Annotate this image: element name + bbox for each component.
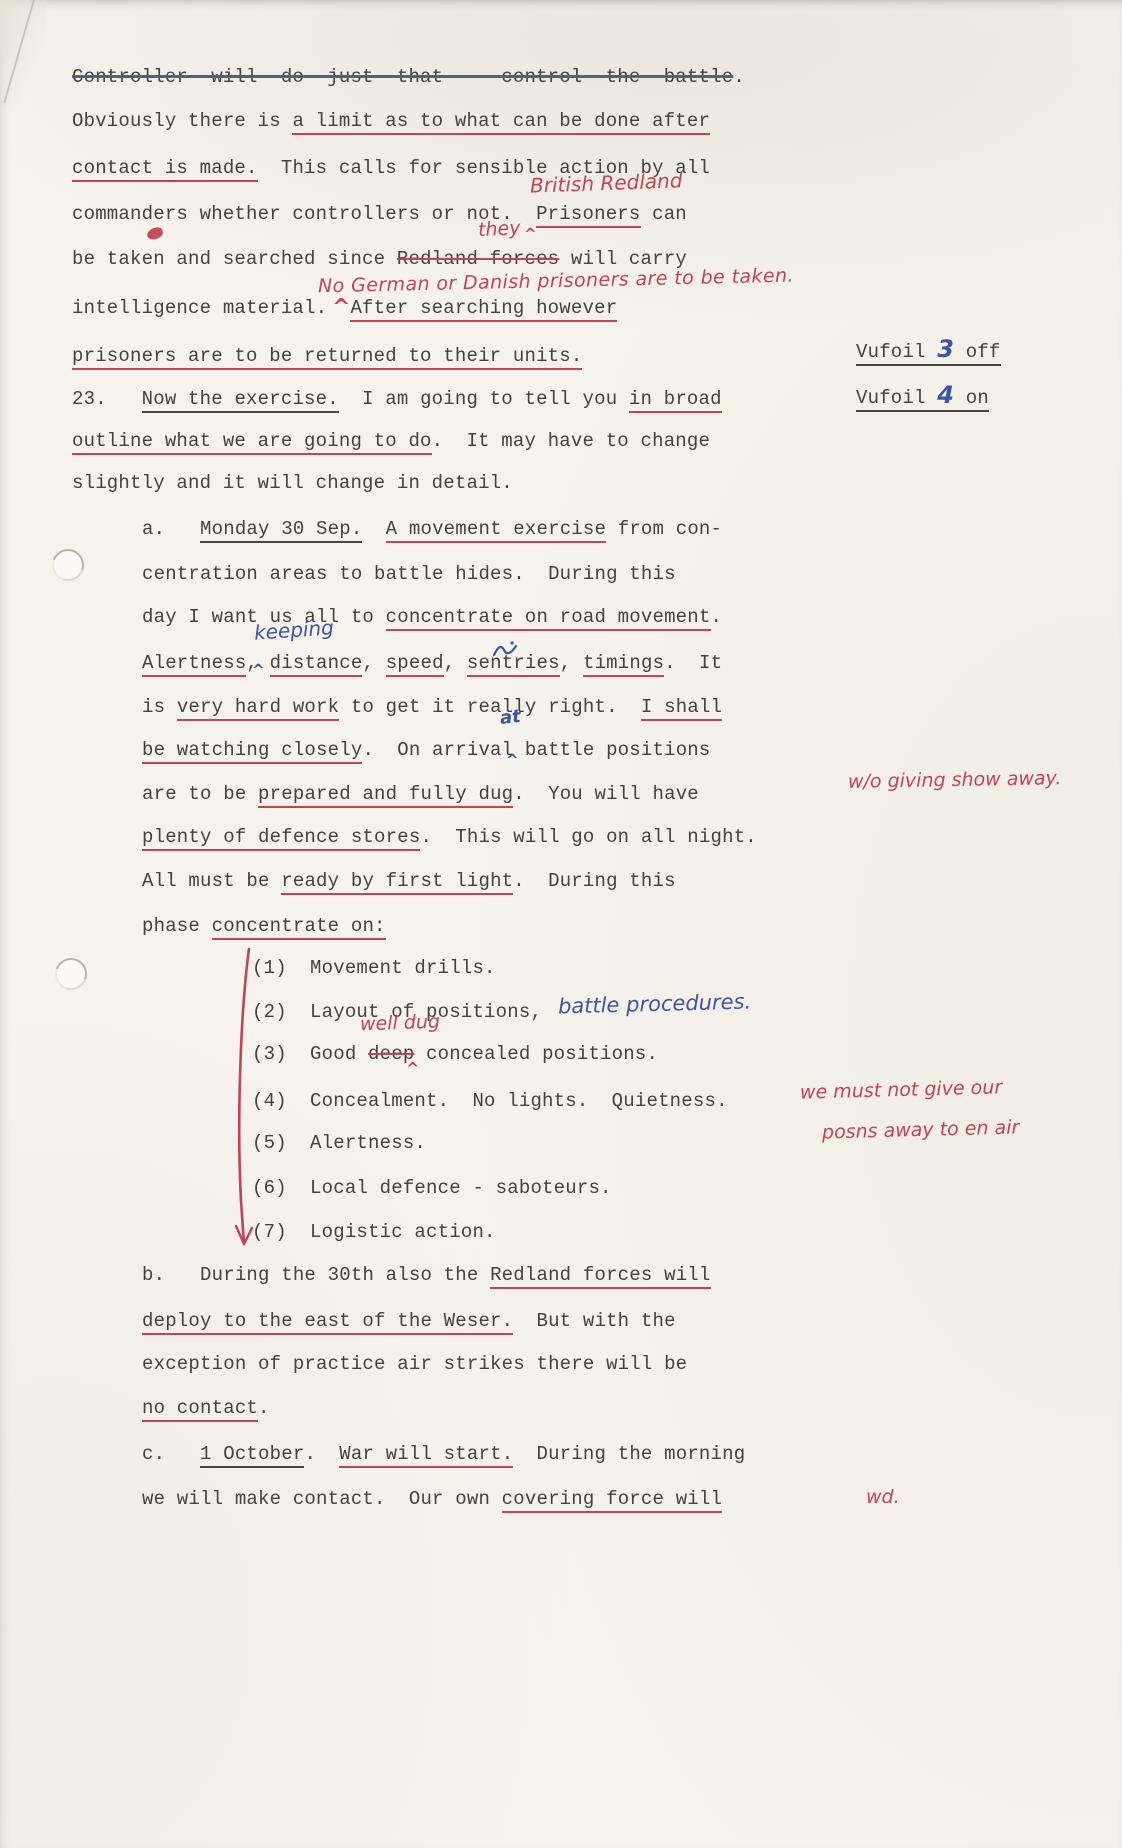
typed-text: During the 30th also the — [200, 1264, 490, 1286]
typed-text: Alertness. — [310, 1132, 426, 1154]
insertion-caret: ^ — [332, 297, 350, 319]
margin-note-vufoil-off: Vufoil 3 off — [856, 336, 1001, 365]
typed-text — [316, 1443, 339, 1465]
typed-line-para-a: a. Monday 30 Sep. A movement exercise fr… — [142, 516, 722, 542]
red-underlined-text: distance — [270, 652, 363, 677]
typed-text: concealed positions. — [414, 1043, 658, 1065]
typed-line: we will make contact. Our own covering f… — [142, 1486, 722, 1512]
insertion-caret: ^ — [252, 663, 265, 678]
handwritten-note-wo-giving-show-away: w/o giving show away. — [848, 768, 1062, 793]
typed-text: commanders whether controllers or not. — [72, 203, 536, 225]
typed-underlined-text: Now the exercise. — [142, 388, 339, 413]
typed-underlined-text: 1 October — [200, 1443, 304, 1468]
typed-line: is very hard work to get it really right… — [142, 694, 722, 720]
typed-text: can — [641, 203, 687, 225]
typed-line: prisoners are to be returned to their un… — [72, 343, 582, 369]
red-underlined-text: concentrate on: — [212, 915, 386, 940]
punch-hole — [47, 544, 90, 587]
struck-text: Controller will do just that - control t… — [72, 66, 733, 88]
typed-line: commanders whether controllers or not. P… — [72, 201, 687, 227]
typed-text: . During this — [513, 870, 675, 892]
paragraph-marker: a. — [142, 518, 200, 540]
list-item: (7) Logistic action. — [252, 1219, 496, 1245]
typed-text: Vufoil — [856, 387, 937, 409]
red-underlined-text: covering force will — [502, 1488, 722, 1513]
typed-line: Obviously there is a limit as to what ca… — [72, 108, 710, 134]
typed-text: battle positions — [513, 739, 710, 761]
paragraph-marker: b. — [142, 1264, 200, 1286]
insertion-caret: ^ — [524, 227, 537, 242]
typed-text: , — [444, 652, 467, 674]
blue-scribble — [492, 640, 522, 658]
handwritten-digit: 3 — [937, 335, 954, 363]
typed-line: be taken and searched since Redland forc… — [72, 246, 687, 272]
red-underlined-text: A movement exercise — [386, 518, 606, 543]
typed-text: , — [362, 652, 385, 674]
paragraph-number: 23. — [72, 388, 142, 410]
typed-text: Good — [310, 1043, 368, 1065]
red-underlined-text: contact is made. — [72, 157, 258, 182]
typed-text: . It — [664, 652, 722, 674]
red-underlined-text: prepared and fully dug — [258, 783, 513, 808]
handwritten-note-keeping: keeping — [253, 616, 334, 644]
typed-line: plenty of defence stores. This will go o… — [142, 824, 757, 850]
typed-text: Vufoil — [856, 341, 937, 363]
typed-line: slightly and it will change in detail. — [72, 470, 513, 496]
typed-text: Obviously there is — [72, 110, 292, 132]
typed-text: Movement drills. — [310, 957, 496, 979]
typed-text: Logistic action. — [310, 1221, 496, 1243]
typed-text: we will make contact. Our own — [142, 1488, 502, 1510]
typed-line: deploy to the east of the Weser. But wit… — [142, 1308, 676, 1334]
red-underlined-text: no contact — [142, 1397, 258, 1422]
handwritten-note-at: at — [499, 707, 522, 729]
typed-text: But with the — [513, 1310, 675, 1332]
list-item: (5) Alertness. — [252, 1130, 426, 1156]
red-underlined-text: timings — [583, 652, 664, 677]
typed-text: During the morning — [513, 1443, 745, 1465]
typed-line: are to be prepared and fully dug. You wi… — [142, 781, 699, 807]
typed-text: . — [733, 66, 745, 88]
typed-text: intelligence material. — [72, 297, 350, 319]
typed-text: All must be — [142, 870, 281, 892]
handwritten-note-posns-away: posns away to en air — [822, 1117, 1020, 1143]
typed-text — [362, 518, 385, 540]
typed-text: . On arrival — [362, 739, 513, 761]
typed-line: centration areas to battle hides. During… — [142, 561, 676, 587]
typed-text: centration areas to battle hides. During… — [142, 563, 676, 585]
typed-line-struck-heading: Controller will do just that - control t… — [72, 64, 745, 90]
struck-text: Redland forces — [397, 248, 559, 270]
insertion-caret: ^ — [506, 753, 519, 768]
typed-text: Concealment. No lights. Quietness. — [310, 1090, 728, 1112]
red-underlined-text: plenty of defence stores — [142, 826, 420, 851]
typed-text: slightly and it will change in detail. — [72, 472, 513, 494]
paragraph-marker: c. — [142, 1443, 200, 1465]
list-item: (4) Concealment. No lights. Quietness. — [252, 1088, 728, 1114]
red-underlined-text: War will start. — [339, 1443, 513, 1468]
handwritten-note-well-dug: well dug — [360, 1012, 441, 1036]
red-underlined-text: Prisoners — [536, 203, 640, 228]
list-item: (1) Movement drills. — [252, 955, 496, 981]
red-underlined-text: deploy to the east of the Weser. — [142, 1310, 513, 1335]
typed-text: off — [954, 341, 1000, 363]
red-underlined-text: ready by first light — [281, 870, 513, 895]
typed-line: day I want us all to concentrate on road… — [142, 604, 722, 630]
red-underlined-text: Redland forces will — [490, 1264, 710, 1289]
red-underlined-text: prisoners are to be returned to their un… — [72, 345, 582, 370]
handwritten-note-wd: wd. — [866, 1487, 900, 1508]
handwritten-note-they: they — [477, 218, 520, 241]
red-underlined-text: a limit as to what can be done after — [292, 110, 710, 135]
handwritten-note-battle-procedures: battle procedures. — [558, 990, 752, 1018]
red-underlined-text: After searching however — [350, 297, 617, 322]
typed-line: outline what we are going to do. It may … — [72, 428, 710, 454]
list-item: (3) Good deep concealed positions. — [252, 1041, 658, 1067]
margin-note-vufoil-on: Vufoil 4 on — [856, 382, 989, 411]
list-item: (6) Local defence - saboteurs. — [252, 1175, 612, 1201]
typed-line: All must be ready by first light. During… — [142, 868, 676, 894]
typed-line: exception of practice air strikes there … — [142, 1351, 687, 1377]
handwritten-note-british-redland: British Redland — [530, 169, 683, 196]
handwritten-note-must-not-give: we must not give our — [800, 1077, 1003, 1103]
punch-hole — [50, 953, 93, 996]
red-underlined-text: very hard work — [177, 696, 339, 721]
scanned-document-page: Controller will do just that - control t… — [0, 0, 1122, 1848]
typed-line-para-c: c. 1 October. War will start. During the… — [142, 1441, 745, 1467]
typed-text: Local defence - saboteurs. — [310, 1177, 612, 1199]
typed-text: are to be — [142, 783, 258, 805]
red-underlined-text: speed — [386, 652, 444, 677]
typed-text: I am going to tell you — [339, 388, 629, 410]
typed-line-para-23: 23. Now the exercise. I am going to tell… — [72, 386, 722, 412]
red-underlined-text: outline what we are going to do — [72, 430, 432, 455]
typed-text: exception of practice air strikes there … — [142, 1353, 687, 1375]
insertion-caret: ^ — [406, 1061, 419, 1077]
typed-underlined-text: Monday 30 Sep. — [200, 518, 362, 543]
typed-line: be watching closely. On arrival battle p… — [142, 737, 711, 763]
handwritten-digit: 4 — [937, 381, 954, 409]
typed-line-para-b: b. During the 30th also the Redland forc… — [142, 1262, 711, 1288]
red-bracket-arrow — [232, 946, 262, 1262]
typed-text: is — [142, 696, 177, 718]
red-underlined-text: be watching closely — [142, 739, 362, 764]
red-underlined-text: I shall — [641, 696, 722, 721]
typed-text: . — [711, 606, 723, 628]
typed-line: no contact. — [142, 1395, 270, 1421]
typed-text: be taken and searched since — [72, 248, 397, 270]
typed-text: . — [258, 1397, 270, 1419]
typed-text: from con- — [606, 518, 722, 540]
typed-line: Alertness, distance, speed, sentries, ti… — [142, 650, 722, 676]
red-underlined-text: Alertness — [142, 652, 246, 677]
typed-text: . This will go on all night. — [420, 826, 756, 848]
red-underlined-text: concentrate on road movement — [386, 606, 711, 631]
typed-text: . It may have to change — [432, 430, 710, 452]
typed-text: , — [560, 652, 583, 674]
typed-text: on — [954, 387, 989, 409]
red-ink-mark — [146, 226, 164, 241]
red-underlined-text: in broad — [629, 388, 722, 413]
typed-text: phase — [142, 915, 212, 937]
typed-text: . — [304, 1443, 316, 1465]
typed-line: phase concentrate on: — [142, 913, 386, 939]
typed-text: . You will have — [513, 783, 699, 805]
typed-text: to get it really right. — [339, 696, 641, 718]
